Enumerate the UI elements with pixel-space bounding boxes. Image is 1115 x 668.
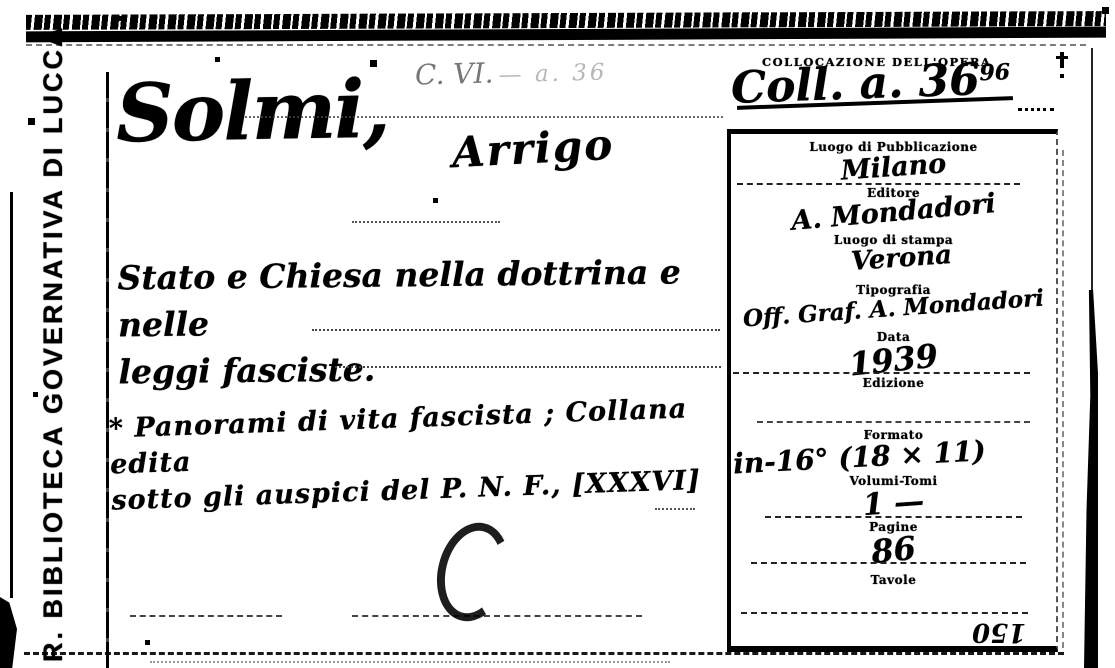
separator-line bbox=[737, 183, 1020, 185]
scan-edge-right-blotch bbox=[1084, 290, 1098, 668]
separator-line bbox=[751, 562, 1026, 564]
library-name-vertical: R. BIBLIOTECA GOVERNATIVA DI LUCCA bbox=[38, 62, 69, 662]
rule-line bbox=[335, 366, 721, 368]
bibliographic-fields-box: Luogo di Pubblicazione Milano Editore A.… bbox=[727, 129, 1058, 652]
scan-edge-left-blotch bbox=[0, 597, 17, 668]
ink-stamp-c bbox=[427, 515, 519, 629]
rule-line bbox=[130, 615, 282, 617]
ink-mark bbox=[1060, 52, 1064, 68]
separator-line bbox=[741, 612, 1028, 614]
scan-specks bbox=[0, 0, 3, 3]
faded-call-number: C. VI. — a. 36 bbox=[415, 53, 608, 91]
scan-top-band-dashes bbox=[26, 44, 1086, 46]
scan-edge-right bbox=[1091, 48, 1093, 298]
faded-call-number-faint: — a. 36 bbox=[498, 59, 608, 88]
card-bottom-edge-faint bbox=[150, 661, 670, 663]
author-forename: Arrigo bbox=[451, 120, 616, 177]
title-line-2: leggi fasciste. bbox=[118, 342, 758, 396]
scan-edge-left bbox=[10, 192, 13, 598]
field-label-edizione: Edizione bbox=[731, 376, 1056, 390]
title-line-1: Stato e Chiesa nella dottrina e nelle bbox=[117, 249, 758, 349]
rule-line bbox=[245, 116, 723, 118]
author-surname: Solmi, bbox=[115, 62, 389, 161]
field-label-tavole: Tavole bbox=[731, 573, 1056, 587]
inverted-number: 150 bbox=[972, 617, 1026, 647]
collocation-superscript: 96 bbox=[979, 59, 1011, 86]
rule-line bbox=[655, 508, 695, 510]
card-left-rule bbox=[106, 72, 109, 668]
rule-line bbox=[312, 329, 720, 331]
card-bottom-edge bbox=[24, 652, 1064, 655]
separator-line bbox=[733, 372, 1030, 374]
rule-line bbox=[352, 615, 642, 617]
strike-line-dots bbox=[1018, 108, 1054, 111]
faded-call-number-strong: C. VI. bbox=[415, 56, 494, 91]
series-note: * Panorami di vita fascista ; Collana ed… bbox=[108, 389, 771, 520]
title: Stato e Chiesa nella dottrina e nelle le… bbox=[117, 249, 758, 396]
catalog-card: R. BIBLIOTECA GOVERNATIVA DI LUCCA C. VI… bbox=[0, 0, 1115, 668]
separator-line bbox=[765, 516, 1022, 518]
scan-edge-right-dashed bbox=[1062, 150, 1064, 648]
rule-line bbox=[352, 221, 500, 223]
separator-line bbox=[757, 421, 1030, 423]
